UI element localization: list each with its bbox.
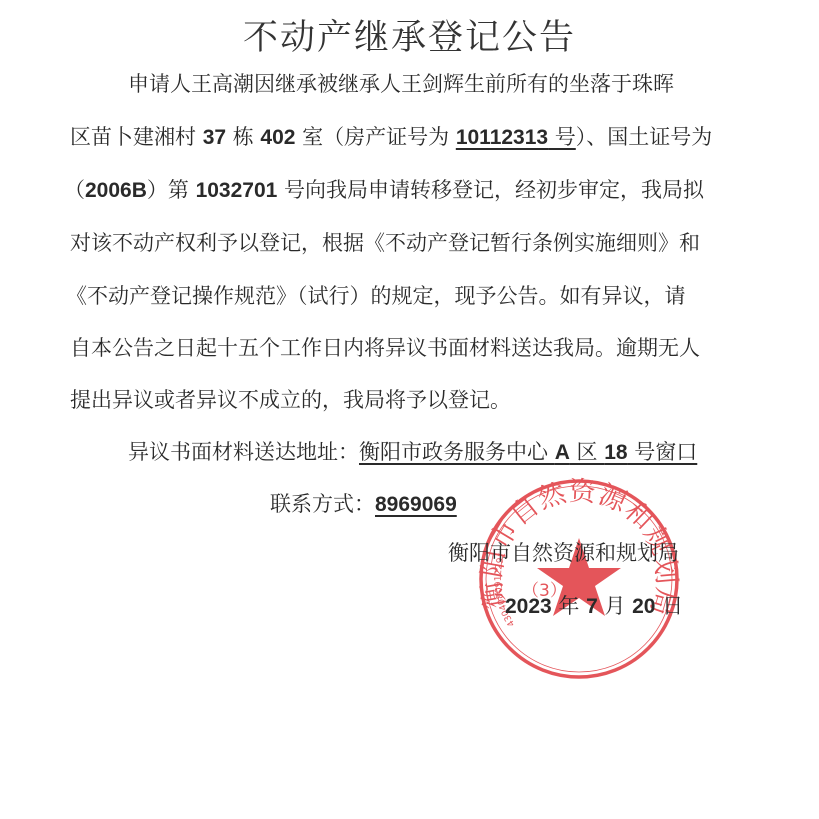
land-cert-year: 2006B bbox=[85, 179, 147, 202]
text: ）、国土证号为 bbox=[576, 125, 713, 149]
text: （ bbox=[64, 178, 85, 202]
text: 室（房产证号为 bbox=[295, 125, 455, 149]
objection-address: 异议书面材料送达地址：衡阳市政务服务中心 A 区 18 号窗口 bbox=[128, 436, 697, 466]
property-cert-number: 10112313 bbox=[456, 126, 548, 149]
year: 2023 bbox=[505, 595, 552, 618]
text: 日 bbox=[655, 594, 683, 618]
text: A bbox=[555, 441, 570, 464]
address-label: 异议书面材料送达地址： bbox=[128, 440, 359, 464]
notice-title: 不动产继承登记公告 bbox=[0, 10, 819, 60]
body-line-6: 自本公告之日起十五个工作日内将异议书面材料送达我局。逾期无人 bbox=[70, 332, 700, 362]
body-line-1: 申请人王高潮因继承被继承人王剑辉生前所有的坐落于珠晖 bbox=[128, 68, 674, 98]
text: 号窗口 bbox=[628, 440, 698, 464]
day: 20 bbox=[632, 595, 655, 618]
body-line-3: （2006B）第 1032701 号向我局申请转移登记，经初步审定，我局拟 bbox=[64, 174, 704, 204]
text: 衡阳市政务服务中心 bbox=[359, 440, 555, 464]
contact-phone: 8969069 bbox=[375, 493, 457, 516]
text: 年 bbox=[552, 594, 586, 618]
contact: 联系方式：8969069 bbox=[270, 488, 457, 518]
building-number: 37 bbox=[203, 126, 226, 149]
text: 号 bbox=[548, 125, 576, 149]
body-line-4: 对该不动产权利予以登记，根据《不动产登记暂行条例实施细则》和 bbox=[70, 227, 700, 257]
text: 月 bbox=[598, 594, 632, 618]
body-line-5: 《不动产登记操作规范》（试行）的规定，现予公告。如有异议，请 bbox=[66, 280, 686, 310]
text: 18 bbox=[604, 441, 627, 464]
body-line-2: 区苗卜建湘村 37 栋 402 室（房产证号为 10112313 号）、国土证号… bbox=[70, 121, 712, 151]
property-cert-number-wrap: 10112313 号 bbox=[456, 125, 576, 149]
text: 号向我局申请转移登记，经初步审定，我局拟 bbox=[277, 178, 704, 202]
body-line-7: 提出异议或者异议不成立的，我局将予以登记。 bbox=[70, 384, 511, 414]
contact-label: 联系方式： bbox=[270, 492, 375, 516]
official-seal: 衡阳市自然资源和规划局 4304080912291 （3） bbox=[476, 476, 682, 682]
signature-date: 2023 年 7 月 20 日 bbox=[505, 590, 683, 620]
land-cert-number: 1032701 bbox=[196, 179, 278, 202]
text: ）第 bbox=[147, 178, 196, 202]
agency-signature: 衡阳市自然资源和规划局 bbox=[448, 537, 679, 567]
room-number: 402 bbox=[260, 126, 295, 149]
text: 栋 bbox=[226, 125, 260, 149]
address-value: 衡阳市政务服务中心 A 区 18 号窗口 bbox=[359, 440, 697, 464]
text: 区 bbox=[570, 440, 604, 464]
month: 7 bbox=[586, 595, 598, 618]
text: 区苗卜建湘村 bbox=[70, 125, 203, 149]
